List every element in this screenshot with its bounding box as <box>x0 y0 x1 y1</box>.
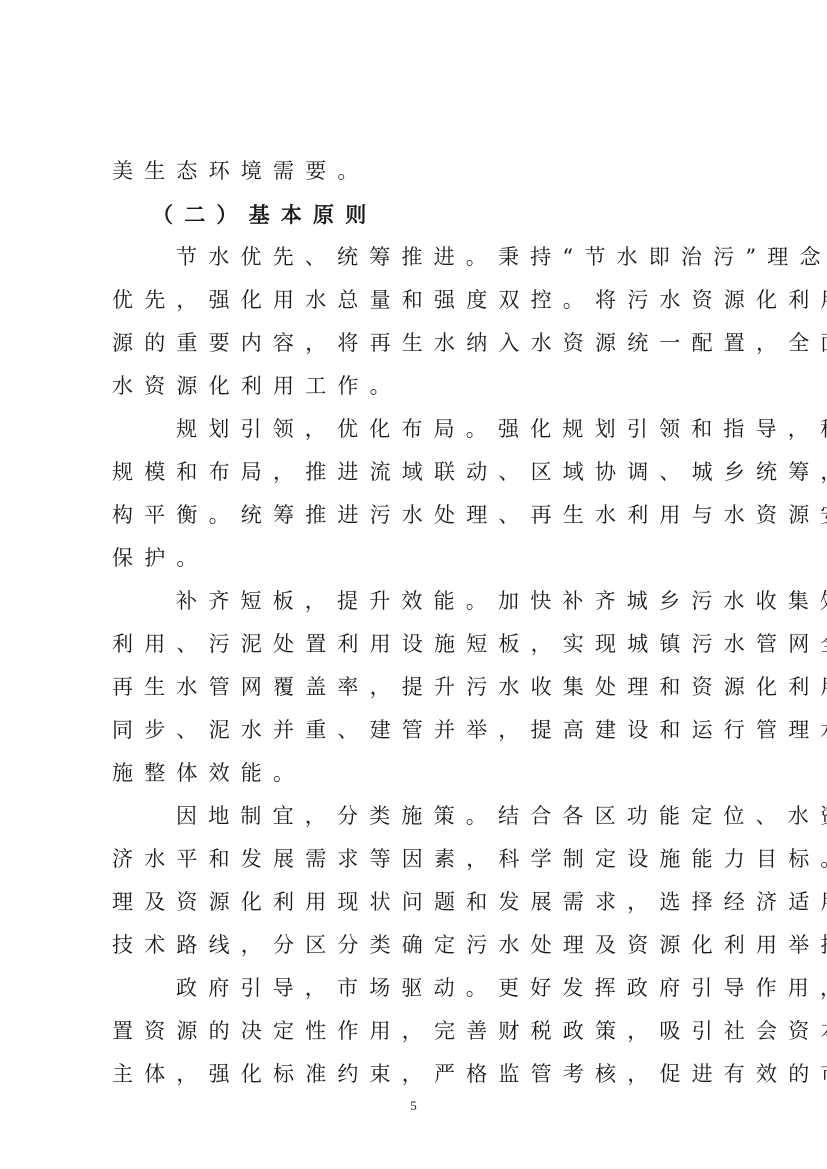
text-line: 美生态环境需要。 <box>112 150 725 193</box>
text-line: 施整体效能。 <box>112 752 725 795</box>
text-line: 置资源的决定性作用，完善财税政策，吸引社会资本，明确责任 <box>112 1010 725 1053</box>
text-line: 济水平和发展需求等因素，科学制定设施能力目标。结合污水处 <box>112 838 725 881</box>
text-line: 构平衡。统筹推进污水处理、再生水利用与水资源安全和水生态 <box>112 494 725 537</box>
text-line: 再生水管网覆盖率，提升污水收集处理和资源化利用能力。厂网 <box>112 666 725 709</box>
section-heading: （二）基本原则 <box>112 193 725 236</box>
text-line: 利用、污泥处置利用设施短板，实现城镇污水管网全覆盖，提高 <box>112 623 725 666</box>
text-line: 源的重要内容，将再生水纳入水资源统一配置，全面系统推进污 <box>112 322 725 365</box>
text-line: 技术路线，分区分类确定污水处理及资源化利用举措。 <box>112 924 725 967</box>
paragraph-start: 规划引领，优化布局。强化规划引领和指导，科学确定设施 <box>112 408 725 451</box>
text-line: 规模和布局，推进流域联动、区域协调、城乡统筹，实现供需结 <box>112 451 725 494</box>
paragraph-start: 因地制宜，分类施策。结合各区功能定位、水资源禀赋、经 <box>112 795 725 838</box>
paragraph-start: 政府引导，市场驱动。更好发挥政府引导作用，突出市场配 <box>112 967 725 1010</box>
document-page: 美生态环境需要。 （二）基本原则 节水优先、统筹推进。秉持“节水即治污”理念，坚… <box>0 0 827 1169</box>
text-line: 水资源化利用工作。 <box>112 365 725 408</box>
text-line: 同步、泥水并重、建管并举，提高建设和运行管理水平，提升设 <box>112 709 725 752</box>
text-line: 主体，强化标准约束，严格监管考核，促进有效的市场和有为的 <box>112 1053 725 1096</box>
page-number: 5 <box>0 1098 827 1114</box>
paragraph-start: 节水优先、统筹推进。秉持“节水即治污”理念，坚持节水 <box>112 236 725 279</box>
paragraph-start: 补齐短板，提升效能。加快补齐城乡污水收集处理、再生水 <box>112 580 725 623</box>
body-text: 美生态环境需要。 （二）基本原则 节水优先、统筹推进。秉持“节水即治污”理念，坚… <box>112 150 725 1096</box>
text-line: 优先，强化用水总量和强度双控。将污水资源化利用作为节水开 <box>112 279 725 322</box>
text-line: 理及资源化利用现状问题和发展需求，选择经济适用、节能低碳 <box>112 881 725 924</box>
text-line: 保护。 <box>112 537 725 580</box>
